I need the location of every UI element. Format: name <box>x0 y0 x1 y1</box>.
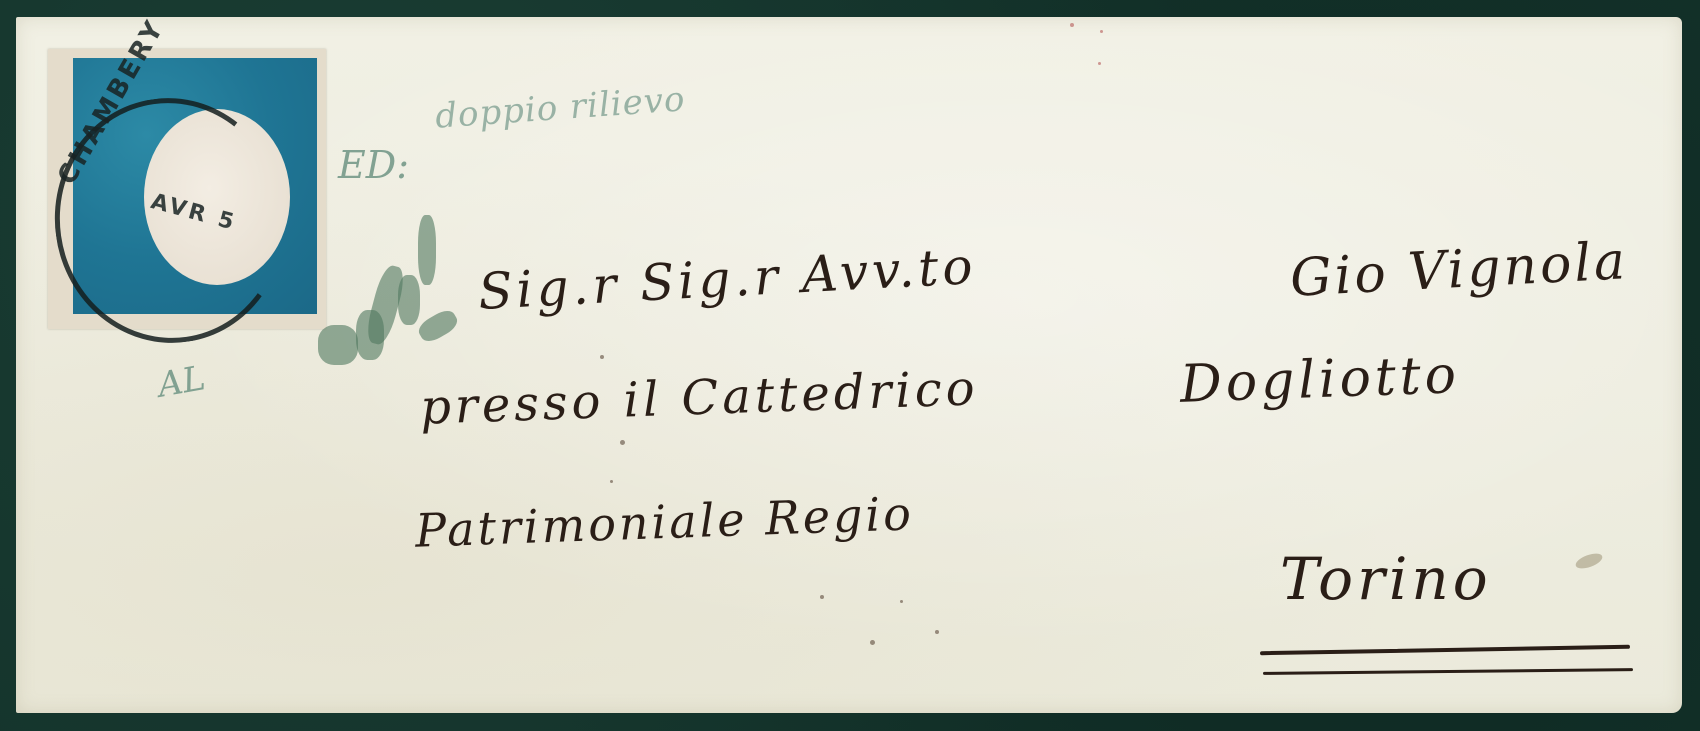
pencil-initials: ED: <box>338 143 409 187</box>
pencil-mark: AL <box>155 358 208 406</box>
address-city: Torino <box>1280 545 1492 613</box>
address-care-of-name: Dogliotto <box>1179 345 1461 415</box>
green-transit-cancel <box>318 205 458 405</box>
